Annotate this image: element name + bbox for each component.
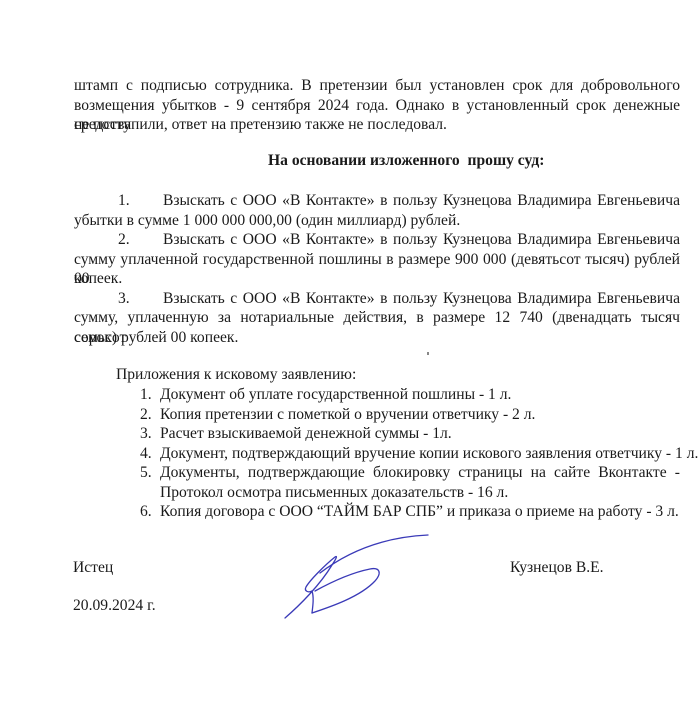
claim-first-line: 3.Взыскать с ООО «В Контакте» в пользу К… bbox=[74, 289, 680, 309]
claim-item: 2.Взыскать с ООО «В Контакте» в пользу К… bbox=[74, 230, 680, 289]
attachment-text: Протокол осмотра письменных доказательст… bbox=[160, 483, 680, 503]
attachments-title: Приложения к исковому заявлению: bbox=[116, 366, 356, 384]
attachment-number: 3. bbox=[140, 424, 160, 444]
claim-line: сумму уплаченной государственной пошлины… bbox=[74, 250, 680, 270]
claim-number: 3. bbox=[118, 289, 163, 309]
intro-paragraph: штамп с подписью сотрудника. В претензии… bbox=[74, 76, 680, 135]
claims-list: 1.Взыскать с ООО «В Контакте» в пользу К… bbox=[74, 191, 680, 347]
document-page: штамп с подписью сотрудника. В претензии… bbox=[0, 0, 700, 712]
claim-item: 1.Взыскать с ООО «В Контакте» в пользу К… bbox=[74, 191, 680, 230]
claim-number: 2. bbox=[118, 230, 163, 250]
claim-text: Взыскать с ООО «В Контакте» в пользу Куз… bbox=[163, 192, 680, 209]
claim-item: 3.Взыскать с ООО «В Контакте» в пользу К… bbox=[74, 289, 680, 348]
attachment-text: Документы, подтверждающие блокировку стр… bbox=[160, 463, 680, 483]
claim-line: сумму, уплаченную за нотариальные действ… bbox=[74, 308, 680, 328]
claim-first-line: 2.Взыскать с ООО «В Контакте» в пользу К… bbox=[74, 230, 680, 250]
attachment-number: 4. bbox=[140, 444, 160, 464]
claim-line: сорок) рублей 00 копеек. bbox=[74, 328, 680, 348]
claim-line: убытки в сумме 1 000 000 000,00 (один ми… bbox=[74, 211, 680, 231]
attachment-text: Документ, подтверждающий вручение копии … bbox=[160, 444, 698, 464]
paragraph-line: возмещения убытков - 9 сентября 2024 год… bbox=[74, 96, 680, 116]
paragraph-line: не поступили, ответ на претензию также н… bbox=[74, 115, 680, 135]
handwritten-signature-icon bbox=[270, 525, 435, 625]
attachment-text: Копия договора с ООО “ТАЙМ БАР СПБ” и пр… bbox=[160, 502, 680, 522]
attachment-item: 1. Документ об уплате государственной по… bbox=[140, 385, 680, 405]
plaintiff-name: Кузнецов В.Е. bbox=[510, 559, 604, 577]
claim-text: Взыскать с ООО «В Контакте» в пользу Куз… bbox=[163, 290, 680, 307]
scan-speck bbox=[427, 352, 429, 355]
attachments-list: 1. Документ об уплате государственной по… bbox=[140, 385, 680, 522]
attachment-text: Копия претензии с пометкой о вручении от… bbox=[160, 405, 680, 425]
attachment-item: 6. Копия договора с ООО “ТАЙМ БАР СПБ” и… bbox=[140, 502, 680, 522]
attachment-text-block: Документы, подтверждающие блокировку стр… bbox=[160, 463, 680, 502]
claim-line: копеек. bbox=[74, 269, 680, 289]
claim-number: 1. bbox=[118, 191, 163, 211]
attachment-item: 2. Копия претензии с пометкой о вручении… bbox=[140, 405, 680, 425]
attachment-number: 2. bbox=[140, 405, 160, 425]
claim-text: Взыскать с ООО «В Контакте» в пользу Куз… bbox=[163, 231, 680, 248]
document-date: 20.09.2024 г. bbox=[73, 597, 156, 615]
attachment-number: 1. bbox=[140, 385, 160, 405]
attachment-text: Документ об уплате государственной пошли… bbox=[160, 385, 680, 405]
attachment-item: 4. Документ, подтверждающий вручение коп… bbox=[140, 444, 680, 464]
attachment-item: 5. Документы, подтверждающие блокировку … bbox=[140, 463, 680, 502]
paragraph-line: штамп с подписью сотрудника. В претензии… bbox=[74, 76, 680, 96]
claim-first-line: 1.Взыскать с ООО «В Контакте» в пользу К… bbox=[74, 191, 680, 211]
attachment-item: 3. Расчет взыскиваемой денежной суммы - … bbox=[140, 424, 680, 444]
attachment-text: Расчет взыскиваемой денежной суммы - 1л. bbox=[160, 424, 680, 444]
request-heading: На основании изложенного прошу суд: bbox=[268, 152, 544, 170]
attachment-number: 6. bbox=[140, 502, 160, 522]
plaintiff-label: Истец bbox=[73, 559, 113, 577]
attachment-number: 5. bbox=[140, 463, 160, 502]
